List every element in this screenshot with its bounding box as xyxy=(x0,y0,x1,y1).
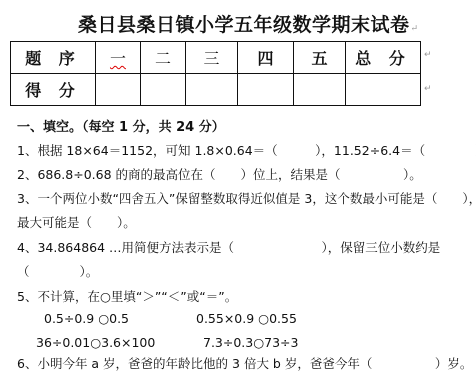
question-3: 3、一个两位小数“四舍五入”保留整数取得近似值是 3，这个数最小可能是（ ）， xyxy=(17,189,476,207)
question-5: 5、不计算，在○里填“＞”“＜”或“＝”。 xyxy=(17,287,237,305)
comparison-item: 0.55×0.9 ○0.55 xyxy=(196,311,297,326)
score-cell[interactable] xyxy=(238,74,294,106)
table-row: 得 分 xyxy=(11,74,421,106)
comparison-item: 36÷0.01○3.6×100 xyxy=(36,335,155,350)
question-4: 4、34.864864 …用简便方法表示是（ ），保留三位小数约是 xyxy=(17,238,440,256)
section-heading: 一、填空。（每空 1 分，共 24 分） xyxy=(17,116,225,135)
table-header-cell: 三 xyxy=(186,42,238,74)
score-cell[interactable] xyxy=(141,74,186,106)
table-row: 题 序 一 二 三 四 五 总 分 xyxy=(11,42,421,74)
score-cell[interactable] xyxy=(186,74,238,106)
paragraph-mark-icon: ↵ xyxy=(424,50,432,60)
table-row-label: 得 分 xyxy=(11,74,96,106)
score-cell[interactable] xyxy=(294,74,346,106)
question-4-cont: （ ）。 xyxy=(17,262,98,280)
paragraph-mark-icon: ↵ xyxy=(424,84,432,94)
question-1: 1、根据 18×64＝1152，可知 1.8×0.64＝（ ），11.52÷6.… xyxy=(17,141,476,159)
table-header-cell: 四 xyxy=(238,42,294,74)
table-header-cell: 一 xyxy=(96,42,141,74)
score-cell[interactable] xyxy=(96,74,141,106)
table-header-cell: 二 xyxy=(141,42,186,74)
table-header-cell: 题 序 xyxy=(11,42,96,74)
question-6: 6、小明今年 a 岁，爸爸的年龄比他的 3 倍大 b 岁，爸爸今年（ ）岁。 xyxy=(17,354,472,372)
page-title: 桑日县桑日镇小学五年级数学期末试卷↵ xyxy=(78,10,419,37)
comparison-item: 0.5÷0.9 ○0.5 xyxy=(44,311,129,326)
table-header-cell: 总 分 xyxy=(346,42,421,74)
comparison-item: 7.3÷0.3○73÷3 xyxy=(203,335,298,350)
score-table: 题 序 一 二 三 四 五 总 分 得 分 xyxy=(10,41,421,106)
paragraph-mark-icon: ↵ xyxy=(411,24,419,34)
score-cell[interactable] xyxy=(346,74,421,106)
question-2: 2、686.8÷0.68 的商的最高位在（ ）位上，结果是（ ）。 xyxy=(17,165,422,183)
table-header-cell: 五 xyxy=(294,42,346,74)
question-3-cont: 最大可能是（ ）。 xyxy=(17,213,136,231)
